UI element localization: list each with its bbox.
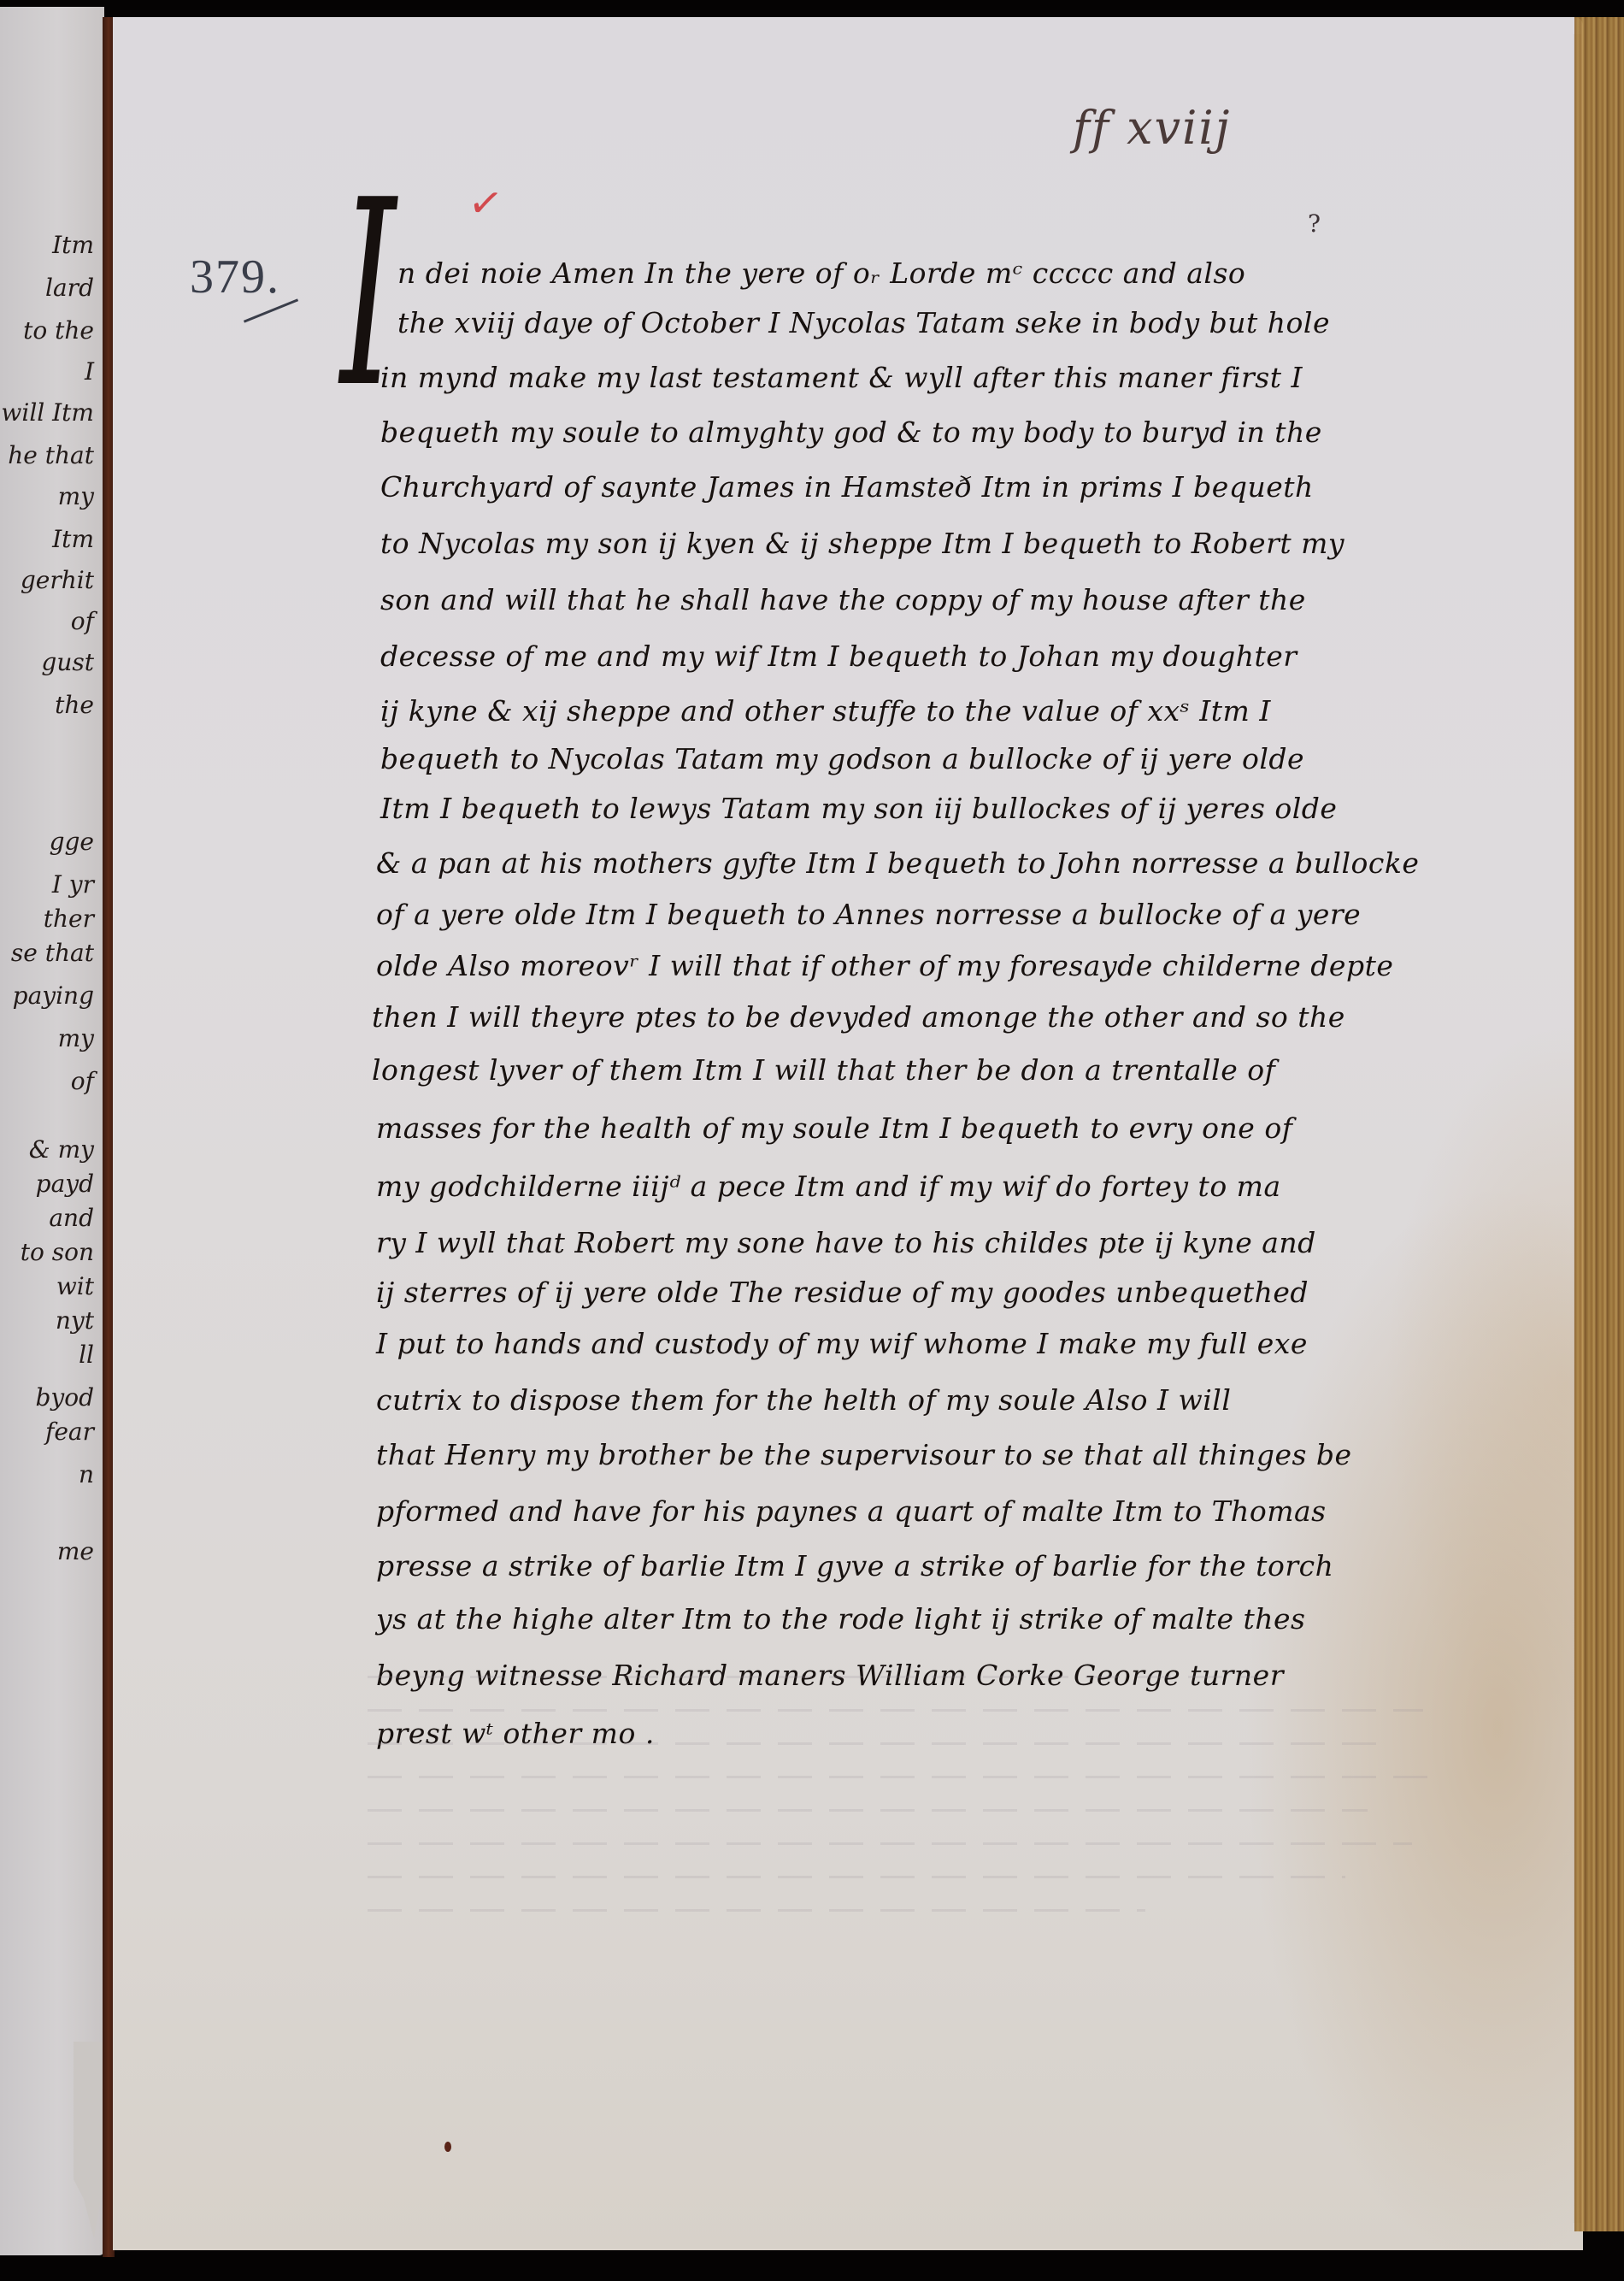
left-fragment: of: [71, 1067, 94, 1095]
query-mark: ?: [1308, 209, 1321, 238]
left-fragment: nyt: [56, 1306, 94, 1335]
manuscript-photo: Itm lard to the I will Itm he that my It…: [0, 0, 1624, 2281]
left-fragment: & my: [29, 1135, 94, 1164]
page-block-edges: [1574, 17, 1624, 2231]
text-line: masses for the health of my soule Itm I …: [376, 1111, 1292, 1145]
text-line: n dei noie Amen In the yere of oᵣ Lorde …: [397, 256, 1245, 290]
text-line: bequeth to Nycolas Tatam my godson a bul…: [380, 742, 1304, 775]
text-line: Itm I bequeth to lewys Tatam my son iij …: [380, 792, 1337, 825]
text-line: decesse of me and my wif Itm I bequeth t…: [380, 640, 1297, 673]
text-line: bequeth my soule to almyghty god & to my…: [380, 416, 1322, 449]
left-fragment: gerhit: [21, 566, 94, 594]
left-fragment: byod: [35, 1383, 94, 1412]
text-line: ry I wyll that Robert my sone have to hi…: [376, 1226, 1316, 1259]
left-fragment: ther: [44, 905, 94, 933]
left-fragment: me: [57, 1537, 94, 1565]
text-line: of a yere olde Itm I bequeth to Annes no…: [376, 898, 1361, 931]
left-fragment: the: [55, 691, 94, 719]
left-fragment: n: [79, 1460, 94, 1488]
text-line: the xviij daye of October I Nycolas Tata…: [397, 306, 1330, 339]
left-fragment: Itm: [52, 525, 94, 553]
left-fragment: I: [85, 357, 94, 386]
left-fragment: se that: [11, 939, 94, 967]
text-line: Churchyard of saynte James in Hamsteð It…: [380, 470, 1314, 504]
text-line: ys at the highe alter Itm to the rode li…: [376, 1602, 1305, 1636]
red-check-icon: ✓: [465, 177, 506, 229]
text-line: my godchilderne iiijᵈ a pece Itm and if …: [376, 1170, 1281, 1203]
left-fragment: he that: [8, 441, 94, 469]
left-fragment: lard: [45, 274, 94, 302]
text-line: ij sterres of ij yere olde The residue o…: [376, 1276, 1309, 1309]
left-fragment: of: [71, 607, 94, 635]
text-line: in mynd make my last testament & wyll af…: [380, 361, 1303, 394]
text-line: longest lyver of them Itm I will that th…: [372, 1053, 1275, 1087]
left-fragment: ll: [79, 1341, 94, 1369]
text-line: presse a strike of barlie Itm I gyve a s…: [376, 1549, 1333, 1583]
left-fragment: will Itm: [1, 398, 94, 427]
left-fragment: my: [58, 1024, 94, 1052]
left-fragment: fear: [45, 1418, 94, 1446]
ink-spot: [444, 2142, 451, 2152]
left-fragment: and: [49, 1204, 94, 1232]
bleed-through-text: [368, 1676, 1479, 1942]
text-line: olde Also moreovʳ I will that if other o…: [376, 949, 1393, 982]
left-fragment: wit: [56, 1272, 94, 1300]
left-fragment: Itm: [52, 231, 94, 259]
text-line: then I will theyre ptes to be devyded am…: [372, 1000, 1345, 1034]
folio-mark: ff xviij: [1073, 101, 1231, 155]
text-line: ij kyne & xij sheppe and other stuffe to…: [380, 694, 1271, 728]
left-fragment: I yr: [52, 870, 94, 899]
left-page: Itm lard to the I will Itm he that my It…: [0, 7, 104, 2255]
left-fragment: to son: [21, 1238, 94, 1266]
text-line: I put to hands and custody of my wif who…: [376, 1327, 1308, 1360]
left-fragment: paying: [13, 981, 94, 1010]
left-page-text-fragments: Itm lard to the I will Itm he that my It…: [0, 7, 94, 1717]
page-number: 379.: [190, 250, 280, 304]
text-line: to Nycolas my son ij kyen & ij sheppe It…: [380, 527, 1345, 560]
text-line: cutrix to dispose them for the helth of …: [376, 1383, 1231, 1417]
text-line: that Henry my brother be the supervisour…: [376, 1438, 1352, 1471]
left-fragment: payd: [36, 1170, 94, 1198]
left-fragment: to the: [23, 316, 94, 345]
text-line: pformed and have for his paynes a quart …: [376, 1494, 1327, 1528]
left-fragment: gust: [41, 648, 94, 676]
left-fragment: my: [58, 482, 94, 510]
text-line: son and will that he shall have the copp…: [380, 583, 1306, 616]
left-fragment: gge: [50, 828, 94, 856]
text-line: & a pan at his mothers gyfte Itm I beque…: [376, 846, 1419, 880]
